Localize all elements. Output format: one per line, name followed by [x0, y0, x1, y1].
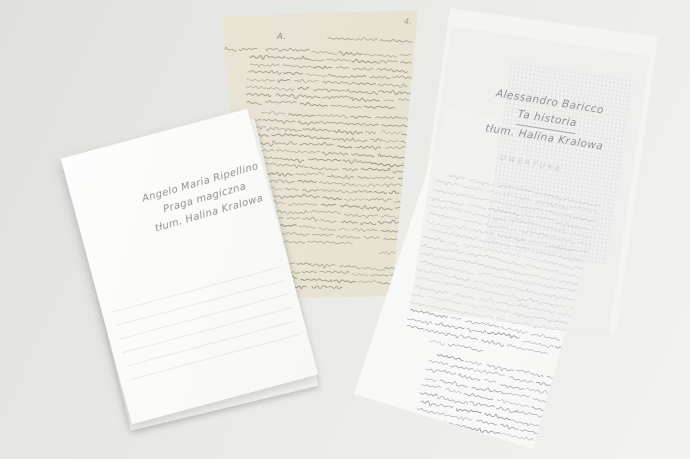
- margin-mark: A.: [277, 32, 286, 42]
- handwriting-block: [412, 348, 597, 459]
- photo-of-manuscripts: 4. A. Angelo Maria Ripellino Praga magic…: [0, 0, 690, 459]
- faint-rule-lines: [109, 254, 303, 392]
- sheet-ripellino-title-page: Angelo Maria Ripellino Praga magiczna tł…: [61, 109, 319, 425]
- page-number: 4.: [404, 17, 412, 26]
- handwritten-title-block: Angelo Maria Ripellino Praga magiczna tł…: [113, 151, 297, 246]
